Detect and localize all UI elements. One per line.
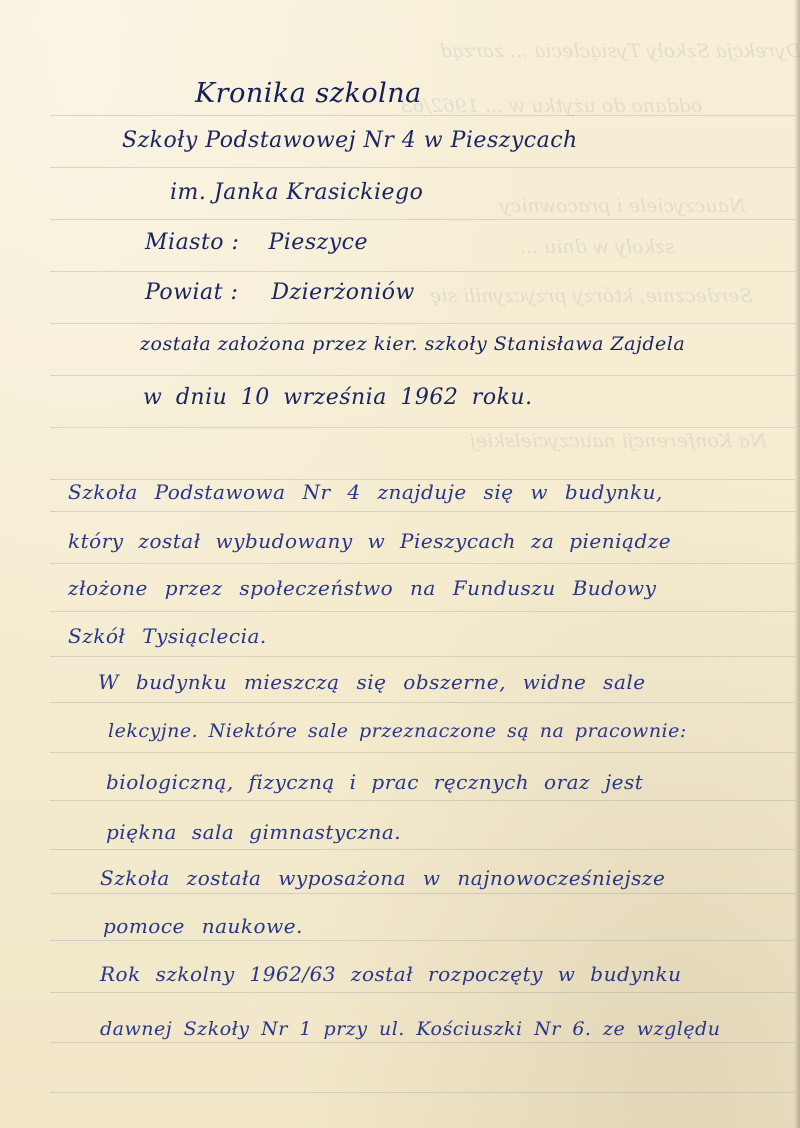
- bleed-through-text: Na Konferencji nauczycielskiej: [470, 430, 767, 452]
- ruled-line: [50, 849, 795, 850]
- body-line: lekcyjne. Niektóre sale przeznaczone są …: [108, 720, 687, 742]
- body-line: W budynku mieszczą się obszerne, widne s…: [98, 670, 646, 694]
- county-row: Powiat : Dzierżoniów: [145, 280, 415, 305]
- body-line: piękna sala gimnastyczna.: [106, 820, 401, 844]
- body-line: Szkół Tysiąclecia.: [68, 624, 267, 648]
- ruled-line: [50, 992, 795, 993]
- bleed-through-text: nie to, iż Dyrekcja Szkoły Tysiąclecia .…: [440, 40, 800, 62]
- school-patron: im. Janka Krasickiego: [170, 180, 423, 205]
- ruled-line: [50, 427, 795, 428]
- ruled-line: [50, 1092, 795, 1093]
- body-line: złożone przez społeczeństwo na Funduszu …: [68, 576, 656, 600]
- founded-by-line: została założona przez kier. szkoły Stan…: [140, 333, 685, 355]
- chronicle-title: Kronika szkolna: [195, 78, 422, 109]
- ruled-line: [50, 1042, 795, 1043]
- ruled-line: [50, 893, 795, 894]
- ruled-line: [50, 323, 795, 324]
- bleed-through-text: szkoły w dniu ...: [520, 236, 675, 258]
- ruled-line: [50, 752, 795, 753]
- body-line: dawnej Szkoły Nr 1 przy ul. Kościuszki N…: [100, 1018, 720, 1040]
- ruled-line: [50, 940, 795, 941]
- ruled-line: [50, 563, 795, 564]
- county-label: Powiat :: [145, 280, 238, 305]
- ruled-line: [50, 656, 795, 657]
- page-edge-shadow: [794, 0, 800, 1128]
- body-line: Rok szkolny 1962/63 został rozpoczęty w …: [100, 962, 681, 986]
- ruled-line: [50, 271, 795, 272]
- county-value: Dzierżoniów: [271, 280, 414, 305]
- chronicle-page: nie to, iż Dyrekcja Szkoły Tysiąclecia .…: [0, 0, 800, 1128]
- ruled-line: [50, 375, 795, 376]
- bleed-through-text: Serdecznie, którzy przyczynili się: [430, 285, 752, 307]
- city-row: Miasto : Pieszyce: [145, 230, 368, 255]
- ruled-line: [50, 800, 795, 801]
- ruled-line: [50, 702, 795, 703]
- ruled-line: [50, 511, 795, 512]
- body-line: Szkoła Podstawowa Nr 4 znajduje się w bu…: [68, 480, 663, 504]
- bleed-through-text: oddano do użytku w ... 1962/63: [400, 95, 702, 117]
- city-label: Miasto :: [145, 230, 239, 255]
- bleed-through-text: Nauczyciele i pracownicy: [500, 195, 746, 217]
- body-line: pomoce naukowe.: [103, 914, 303, 938]
- ruled-line: [50, 167, 795, 168]
- founding-date-line: w dniu 10 września 1962 roku.: [143, 385, 533, 410]
- body-line: który został wybudowany w Pieszycach za …: [68, 529, 671, 553]
- ruled-line: [50, 219, 795, 220]
- body-line: Szkoła została wyposażona w najnowocześn…: [100, 866, 665, 890]
- ruled-line: [50, 611, 795, 612]
- body-line: biologiczną, fizyczną i prac ręcznych or…: [106, 770, 643, 794]
- school-name: Szkoły Podstawowej Nr 4 w Pieszycach: [122, 128, 578, 153]
- city-value: Pieszyce: [268, 230, 368, 255]
